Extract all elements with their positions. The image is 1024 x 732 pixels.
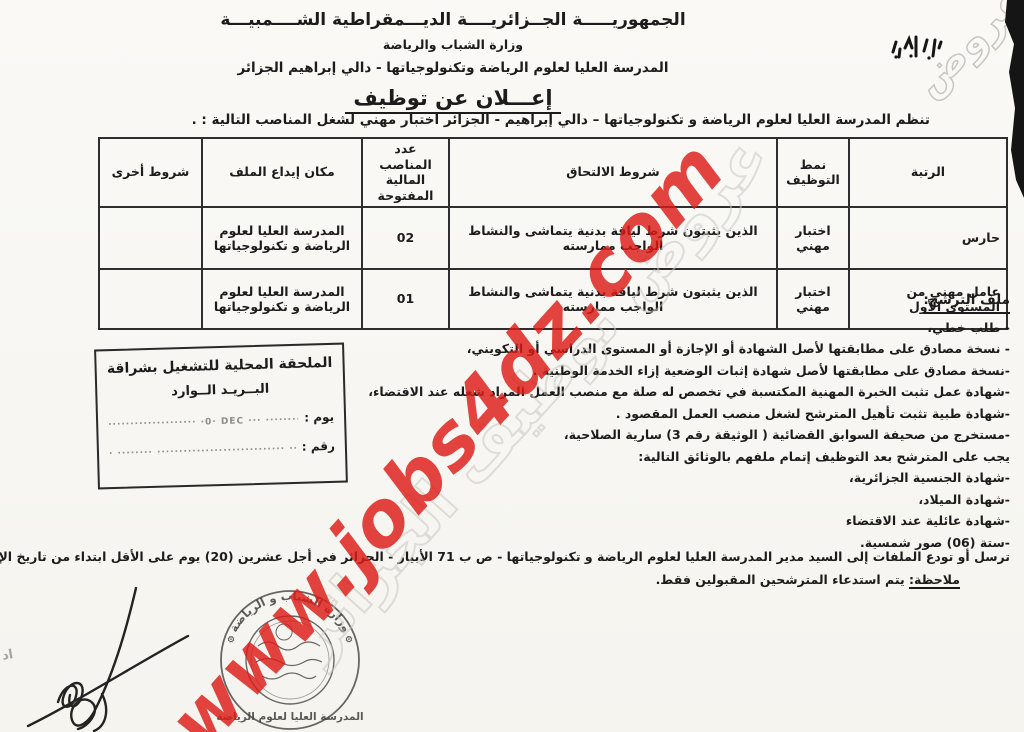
republic-line: الجمهوريـــــة الجــزائريــــة الديـــمق…	[0, 10, 906, 30]
application-file-section: ملف الترشح: - طلب خطي، - نسخة مصادق على …	[368, 289, 1010, 553]
table-row: حارس اختبار مهني الذين يثبتون شرط لياقة …	[99, 207, 1007, 269]
ministry-line: وزارة الشباب والرياضة	[0, 37, 906, 52]
file-item: -شهادة طبية تثبت تأهيل المترشح لشغل منصب…	[368, 403, 1010, 425]
cell-other	[99, 269, 202, 329]
stamp-office-line: الملحقة المحلية للتشغيل بشراقة	[106, 355, 332, 377]
document-header: الجمهوريـــــة الجــزائريــــة الديـــمق…	[0, 10, 906, 114]
note-text: يتم استدعاء المترشحين المقبولين فقط.	[656, 572, 909, 587]
cell-place: المدرسة العليا لعلوم الرياضة و تكنولوجيا…	[202, 269, 362, 329]
cell-rank: حارس	[849, 207, 1007, 269]
col-header-mode: نمط التوظيف	[777, 138, 849, 207]
stamp-day-label: يوم :	[304, 410, 334, 425]
margin-scribble: اد	[1, 647, 15, 664]
col-header-count: عدد المناصب المالية المفتوحة	[362, 138, 449, 207]
cell-place: المدرسة العليا لعلوم الرياضة و تكنولوجيا…	[202, 207, 362, 269]
stamp-number-row: رقم : · ········ ·······················…	[109, 439, 335, 459]
stamp-number-value: · ········ ·····························…	[109, 444, 296, 459]
col-header-other: شروط أخرى	[99, 138, 202, 207]
after-hire-item: -شهادة عائلية عند الاقتضاء	[368, 510, 1010, 532]
intro-line: تنظم المدرسة العليا لعلوم الرياضة و تكنو…	[192, 112, 930, 128]
after-hire-title: يجب على المترشح بعد التوظيف إتمام ملفهم …	[368, 446, 1010, 468]
cell-count: 02	[362, 207, 449, 269]
page-title: إعـــلان عن توظيف	[345, 86, 560, 114]
stamp-day-row: يوم : ···················· ·0· DEC ··· ·…	[108, 410, 334, 430]
cell-conditions: الذين يثبتون شرط لياقة بدنية يتماشى والن…	[449, 207, 777, 269]
file-item: -نسخة مصادق على مطابقتها لأصل شهادة إثبا…	[368, 360, 1010, 382]
col-header-place: مكان إيداع الملف	[202, 138, 362, 207]
submission-instructions: ترسل أو تودع الملفات إلى السيد مدير المد…	[0, 549, 1010, 564]
note-line: ملاحظة: يتم استدعاء المترشحين المقبولين …	[656, 572, 960, 587]
file-item: - نسخة مصادق على مطابقتها لأصل الشهادة أ…	[368, 338, 1010, 360]
stamp-day-value: ···················· ·0· DEC ··· ·······…	[108, 415, 298, 430]
file-item: -مستخرج من صحيفة السوابق القضائية ( الوث…	[368, 424, 1010, 446]
col-header-rank: الرتبة	[849, 138, 1007, 207]
cell-other	[99, 207, 202, 269]
stamp-incoming-mail-line: البــريـد الــوارد	[107, 380, 333, 401]
scanned-document-page: الجمهوريـــــة الجــزائريــــة الديـــمق…	[0, 0, 1024, 732]
school-line: المدرسة العليا لعلوم الرياضة وتكنولوجيات…	[0, 60, 906, 76]
file-item: - طلب خطي،	[368, 317, 1010, 339]
note-label: ملاحظة:	[909, 572, 960, 589]
after-hire-item: -شهادة الميلاد،	[368, 489, 1010, 511]
received-stamp-box: الملحقة المحلية للتشغيل بشراقة البــريـد…	[94, 343, 348, 490]
cell-mode: اختبار مهني	[777, 207, 849, 269]
file-section-title: ملف الترشح:	[923, 290, 1010, 314]
table-header-row: الرتبة نمط التوظيف شروط الالتحاق عدد الم…	[99, 138, 1007, 207]
stamp-number-label: رقم :	[302, 439, 336, 454]
file-item: -شهادة عمل تثبت الخبرة المهنية المكتسبة …	[368, 381, 1010, 403]
col-header-conditions: شروط الالتحاق	[449, 138, 777, 207]
after-hire-item: -شهادة الجنسية الجزائرية،	[368, 467, 1010, 489]
